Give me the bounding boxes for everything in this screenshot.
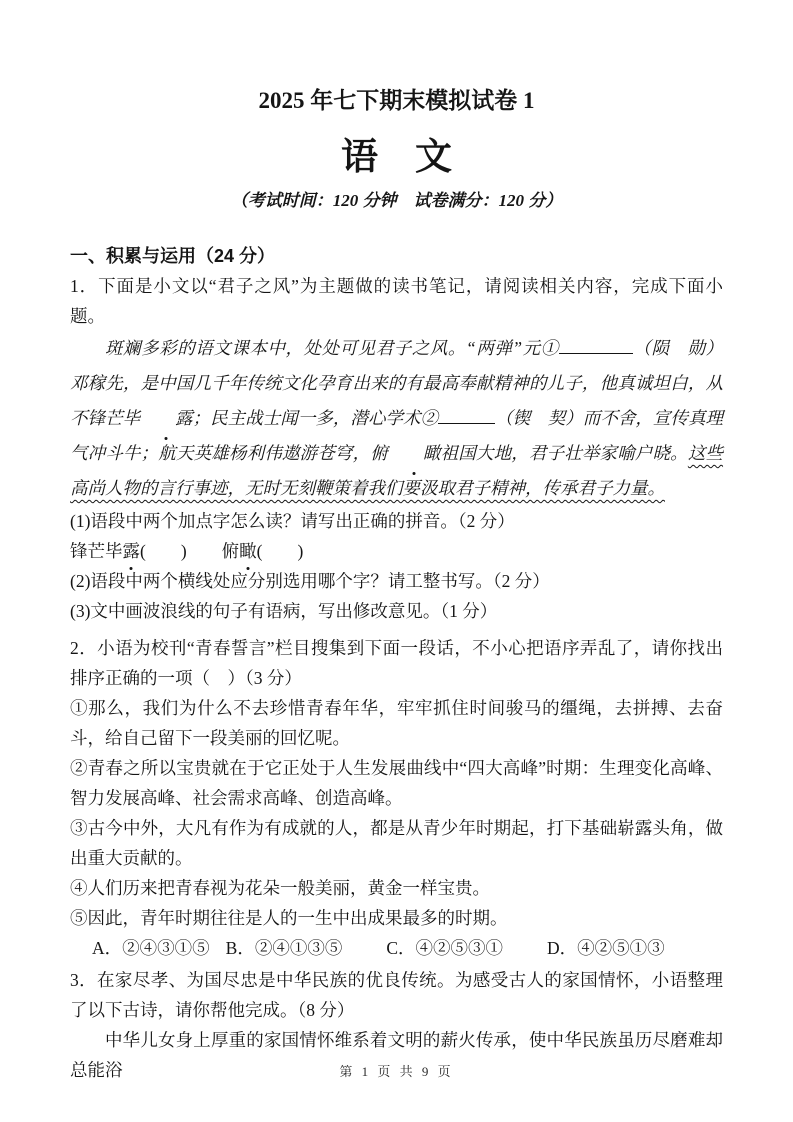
q2-stem: 2．小语为校刊“青春誓言”栏目搜集到下面一段话，不小心把语序弄乱了，请你找出排序… <box>70 633 723 693</box>
q1-stem: 1．下面是小文以“君子之风”为主题做的读书笔记，请阅读相关内容，完成下面小题。 <box>70 271 723 331</box>
doc-title: 2025 年七下期末模拟试卷 1 <box>70 86 723 116</box>
page-footer: 第 1 页 共 9 页 <box>0 1061 793 1080</box>
q2-sentence-5: ⑤因此，青年时期往往是人的一生中出成果最多的时期。 <box>70 903 723 933</box>
answer-word: 锋芒毕 <box>70 541 123 561</box>
q1-sub2: (2)语段中两个横线处应分别选用哪个字？请工整书写。（2 分） <box>70 566 723 596</box>
q2-sentence-1: ①那么，我们为什么不去珍惜青春年华，牢牢抓住时间骏马的缰绳，去拼搏、去奋斗，给自… <box>70 693 723 753</box>
passage-segment: ；民主战士闻一多，潜心学术② <box>193 408 438 428</box>
q2-sentence-4: ④人们历来把青春视为花朵一般美丽，黄金一样宝贵。 <box>70 873 723 903</box>
option-d: D．④②⑤①③ <box>547 938 665 958</box>
exam-info: （考试时间：120 分钟 试卷满分：120 分） <box>70 189 723 213</box>
answer-gap <box>187 541 222 561</box>
option-a: A．②④③①⑤ <box>92 938 210 958</box>
dotted-char-kan: 瞰 <box>388 436 441 471</box>
q2-options-row: A．②④③①⑤B．②④①③⑤C．④②⑤③①D．④②⑤①③ <box>70 933 723 963</box>
option-c: C．④②⑤③① <box>386 938 503 958</box>
dotted-char-lu: 露 <box>140 401 193 436</box>
section-one-heading: 一、积累与运用（24 分） <box>70 241 723 271</box>
q1-sub1-answer-line: 锋芒毕露( ) 俯瞰( ) <box>70 536 723 566</box>
q1-sub3: (3)文中画波浪线的句子有语病，写出修改意见。（1 分） <box>70 596 723 626</box>
answer-parens: ( ) <box>140 541 187 561</box>
fill-blank-1 <box>559 336 633 354</box>
option-b: B．②④①③⑤ <box>226 938 343 958</box>
exam-paper-page: 2025 年七下期末模拟试卷 1 语 文 （考试时间：120 分钟 试卷满分：1… <box>0 0 793 1122</box>
passage-segment: 祖国大地，君子壮举家喻户晓。 <box>440 443 687 463</box>
q1-passage: 斑斓多彩的语文课本中，处处可见君子之风。“两弹”元①（陨 勋）邓稼先，是中国几千… <box>70 331 723 506</box>
passage-segment: 斑斓多彩的语文课本中，处处可见君子之风。“两弹”元① <box>105 338 559 358</box>
q2-sentence-2: ②青春之所以宝贵就在于它正处于人生发展曲线中“四大高峰”时期：生理变化高峰、智力… <box>70 753 723 813</box>
dotted-char-lu: 露 <box>123 536 141 566</box>
answer-parens: ( ) <box>257 541 304 561</box>
q1-sub1: (1)语段中两个加点字怎么读？请写出正确的拼音。（2 分） <box>70 506 723 536</box>
page-content: 2025 年七下期末模拟试卷 1 语 文 （考试时间：120 分钟 试卷满分：1… <box>0 86 793 1085</box>
dotted-char-kan: 瞰 <box>239 536 257 566</box>
q2-sentence-3: ③古今中外，大凡有作为有成就的人，都是从青少年时期起，打下基础崭露头角，做出重大… <box>70 813 723 873</box>
q3-stem: 3．在家尽孝、为国尽忠是中华民族的优良传统。为感受古人的家国情怀，小语整理了以下… <box>70 965 723 1025</box>
fill-blank-2 <box>438 406 495 424</box>
answer-word: 俯 <box>222 541 240 561</box>
doc-subject: 语 文 <box>70 134 723 180</box>
